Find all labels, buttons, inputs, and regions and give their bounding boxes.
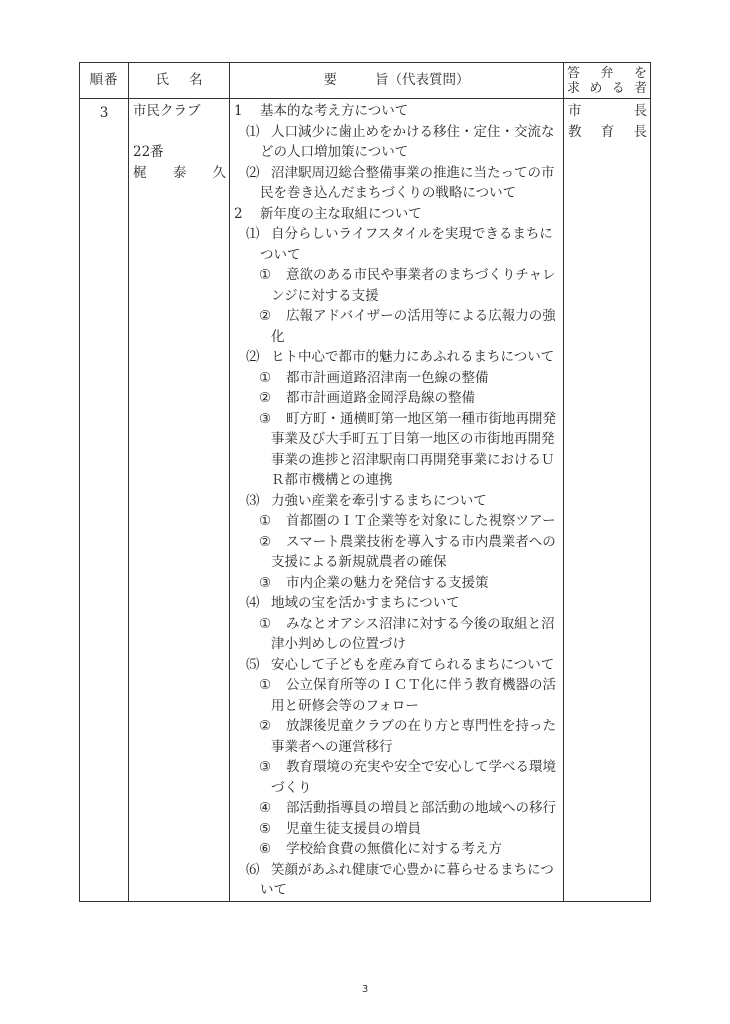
item-text: 用と研修会等のフォロー: [271, 696, 419, 717]
member-name: 梶泰久: [133, 163, 226, 184]
summary-line: ③教育環境の充実や安全で安心して学べる環境: [234, 757, 563, 778]
item-text: Ｒ都市機構との連携: [271, 470, 393, 491]
item-number: ②: [259, 388, 286, 409]
item-text: どの人口増加策について: [260, 142, 408, 163]
summary-line: 民を巻き込んだまちづくりの戦略について: [234, 183, 563, 204]
summary-line: 事業の進捗と沼津駅南口再開発事業におけるＵ: [234, 450, 563, 471]
summary-line: Ｒ都市機構との連携: [234, 470, 563, 491]
header-respondent-line2: 求める者: [567, 81, 647, 96]
item-text: 地域の宝を活かすまちについて: [271, 593, 460, 614]
header-respondent: 答弁を 求める者: [564, 63, 651, 99]
respondent-cell: 市長 教育長: [564, 99, 651, 902]
summary-line: ④部活動指導員の増員と部活動の地域への移行: [234, 798, 563, 819]
item-number: ①: [259, 614, 286, 635]
summary-line: ②広報アドバイザーの活用等による広報力の強: [234, 306, 563, 327]
summary-line: ②放課後児童クラブの在り方と専門性を持った: [234, 716, 563, 737]
item-text: 都市計画道路沼津南一色線の整備: [286, 368, 489, 389]
item-number: ③: [259, 757, 286, 778]
summary-line: ①都市計画道路沼津南一色線の整備: [234, 368, 563, 389]
item-number: ⑵: [246, 163, 271, 184]
item-number: ⑥: [259, 839, 286, 860]
item-text: 放課後児童クラブの在り方と専門性を持った: [286, 716, 556, 737]
item-number: ⑴: [246, 224, 271, 245]
item-number: 2: [234, 204, 260, 225]
summary-line: ⑤児童生徒支援員の増員: [234, 819, 563, 840]
item-text: 笑顔があふれ健康で心豊かに暮らせるまちにつ: [271, 860, 554, 881]
item-number: ②: [259, 532, 286, 553]
item-number: ⑸: [246, 655, 271, 676]
party-name: 市民クラブ: [133, 101, 226, 122]
item-text: 事業の進捗と沼津駅南口再開発事業におけるＵ: [271, 450, 555, 471]
item-text: 児童生徒支援員の増員: [286, 819, 421, 840]
item-number: ②: [259, 716, 286, 737]
item-number: ①: [259, 675, 286, 696]
page-number: 3: [358, 984, 372, 995]
summary-line: ③町方町・通横町第一地区第一種市街地再開発: [234, 409, 563, 430]
summary-line: ①首都圏のＩＴ企業等を対象にした視察ツアー: [234, 511, 563, 532]
summary-line: 2新年度の主な取組について: [234, 204, 563, 225]
item-text: づくり: [271, 778, 312, 799]
summary-line: ⑹笑顔があふれ健康で心豊かに暮らせるまちにつ: [234, 860, 563, 881]
item-text: ついて: [260, 245, 301, 266]
header-name: 氏名: [129, 63, 230, 99]
summary-line: ⑸安心して子どもを産み育てられるまちについて: [234, 655, 563, 676]
item-number: ⑵: [246, 347, 271, 368]
item-text: 公立保育所等のＩＣＴ化に伴う教育機器の活: [286, 675, 556, 696]
item-number: ②: [259, 306, 286, 327]
item-number: ①: [259, 265, 286, 286]
summary-line: ⑥学校給食費の無償化に対する考え方: [234, 839, 563, 860]
item-text: 新年度の主な取組について: [260, 204, 422, 225]
summary-line: いて: [234, 880, 563, 901]
item-text: 意欲のある市民や事業者のまちづくりチャレ: [286, 265, 555, 286]
item-text: 広報アドバイザーの活用等による広報力の強: [286, 306, 556, 327]
summary-line: ⑷地域の宝を活かすまちについて: [234, 593, 563, 614]
item-text: 教育環境の充実や安全で安心して学べる環境: [286, 757, 556, 778]
summary-line: 化: [234, 327, 563, 348]
summary-line: ②スマート農業技術を導入する市内農業者への: [234, 532, 563, 553]
item-text: 首都圏のＩＴ企業等を対象にした視察ツアー: [286, 511, 556, 532]
representative-question-table: 順番 氏名 要旨（代表質問） 答弁を 求める者 3 市民クラブ 22番: [79, 62, 651, 902]
respondent-superintendent: 教育長: [568, 122, 647, 143]
item-number: ⑶: [246, 491, 271, 512]
item-text: 津小判めしの位置づけ: [271, 634, 406, 655]
summary-line: 支援による新規就農者の確保: [234, 552, 563, 573]
summary-line: 事業者への運営移行: [234, 737, 563, 758]
item-number: ⑤: [259, 819, 286, 840]
item-number: 1: [234, 101, 260, 122]
item-text: ンジに対する支援: [271, 286, 379, 307]
item-text: 基本的な考え方について: [260, 101, 408, 122]
summary-line: づくり: [234, 778, 563, 799]
document-page: 順番 氏名 要旨（代表質問） 答弁を 求める者 3 市民クラブ 22番: [0, 0, 730, 1024]
respondent-mayor: 市長: [568, 101, 647, 122]
item-number: ⑹: [246, 860, 271, 881]
summary-line: ⑵沼津駅周辺総合整備事業の推進に当たっての市: [234, 163, 563, 184]
header-order: 順番: [80, 63, 129, 99]
item-text: みなとオアシス沼津に対する今後の取組と沼: [286, 614, 555, 635]
summary-line: どの人口増加策について: [234, 142, 563, 163]
summary-line: 事業及び大手町五丁目第一地区の市街地再開発: [234, 429, 563, 450]
item-text: ヒト中心で都市的魅力にあふれるまちについて: [271, 347, 554, 368]
summary-line: ①公立保育所等のＩＣＴ化に伴う教育機器の活: [234, 675, 563, 696]
item-text: 都市計画道路金岡浮島線の整備: [286, 388, 475, 409]
summary-line: ①意欲のある市民や事業者のまちづくりチャレ: [234, 265, 563, 286]
header-summary: 要旨（代表質問）: [230, 63, 564, 99]
item-number: ③: [259, 573, 286, 594]
summary-cell: 1基本的な考え方について⑴人口減少に歯止めをかける移住・定住・交流などの人口増加…: [230, 99, 564, 902]
item-text: 町方町・通横町第一地区第一種市街地再開発: [286, 409, 556, 430]
summary-line: ②都市計画道路金岡浮島線の整備: [234, 388, 563, 409]
item-number: ①: [259, 368, 286, 389]
item-text: 事業者への運営移行: [271, 737, 393, 758]
summary-line: ⑵ヒト中心で都市的魅力にあふれるまちについて: [234, 347, 563, 368]
table-header-row: 順番 氏名 要旨（代表質問） 答弁を 求める者: [80, 63, 651, 99]
item-text: スマート農業技術を導入する市内農業者への: [286, 532, 556, 553]
item-number: ①: [259, 511, 286, 532]
summary-line: ①みなとオアシス沼津に対する今後の取組と沼: [234, 614, 563, 635]
summary-line: ⑴人口減少に歯止めをかける移住・定住・交流な: [234, 122, 563, 143]
item-text: 事業及び大手町五丁目第一地区の市街地再開発: [271, 429, 555, 450]
item-text: 力強い産業を牽引するまちについて: [271, 491, 487, 512]
item-text: 民を巻き込んだまちづくりの戦略について: [260, 183, 516, 204]
item-number: ③: [259, 409, 286, 430]
summary-line: ⑶力強い産業を牽引するまちについて: [234, 491, 563, 512]
member-cell: 市民クラブ 22番 梶泰久: [129, 99, 230, 902]
header-respondent-line1: 答弁を: [567, 66, 647, 81]
item-text: 市内企業の魅力を発信する支援策: [286, 573, 489, 594]
item-text: 沼津駅周辺総合整備事業の推進に当たっての市: [271, 163, 555, 184]
summary-line: ついて: [234, 245, 563, 266]
order-number: 3: [80, 99, 129, 902]
item-number: ⑷: [246, 593, 271, 614]
summary-line: ンジに対する支援: [234, 286, 563, 307]
summary-line: 津小判めしの位置づけ: [234, 634, 563, 655]
summary-list: 1基本的な考え方について⑴人口減少に歯止めをかける移住・定住・交流などの人口増加…: [234, 101, 563, 901]
summary-line: 1基本的な考え方について: [234, 101, 563, 122]
summary-line: 用と研修会等のフォロー: [234, 696, 563, 717]
item-text: 部活動指導員の増員と部活動の地域への移行: [286, 798, 556, 819]
item-text: 安心して子どもを産み育てられるまちについて: [271, 655, 554, 676]
summary-line: ③市内企業の魅力を発信する支援策: [234, 573, 563, 594]
summary-line: ⑴自分らしいライフスタイルを実現できるまちに: [234, 224, 563, 245]
item-text: 学校給食費の無償化に対する考え方: [286, 839, 502, 860]
table-row: 3 市民クラブ 22番 梶泰久 1基本的な考え方について⑴人口減少に歯止めをかけ…: [80, 99, 651, 902]
item-text: 支援による新規就農者の確保: [271, 552, 447, 573]
item-text: 化: [271, 327, 285, 348]
seat-number: 22番: [133, 142, 226, 163]
item-text: 自分らしいライフスタイルを実現できるまちに: [271, 224, 553, 245]
item-number: ⑴: [246, 122, 271, 143]
item-text: 人口減少に歯止めをかける移住・定住・交流な: [271, 122, 555, 143]
item-text: いて: [260, 880, 287, 901]
item-number: ④: [259, 798, 286, 819]
